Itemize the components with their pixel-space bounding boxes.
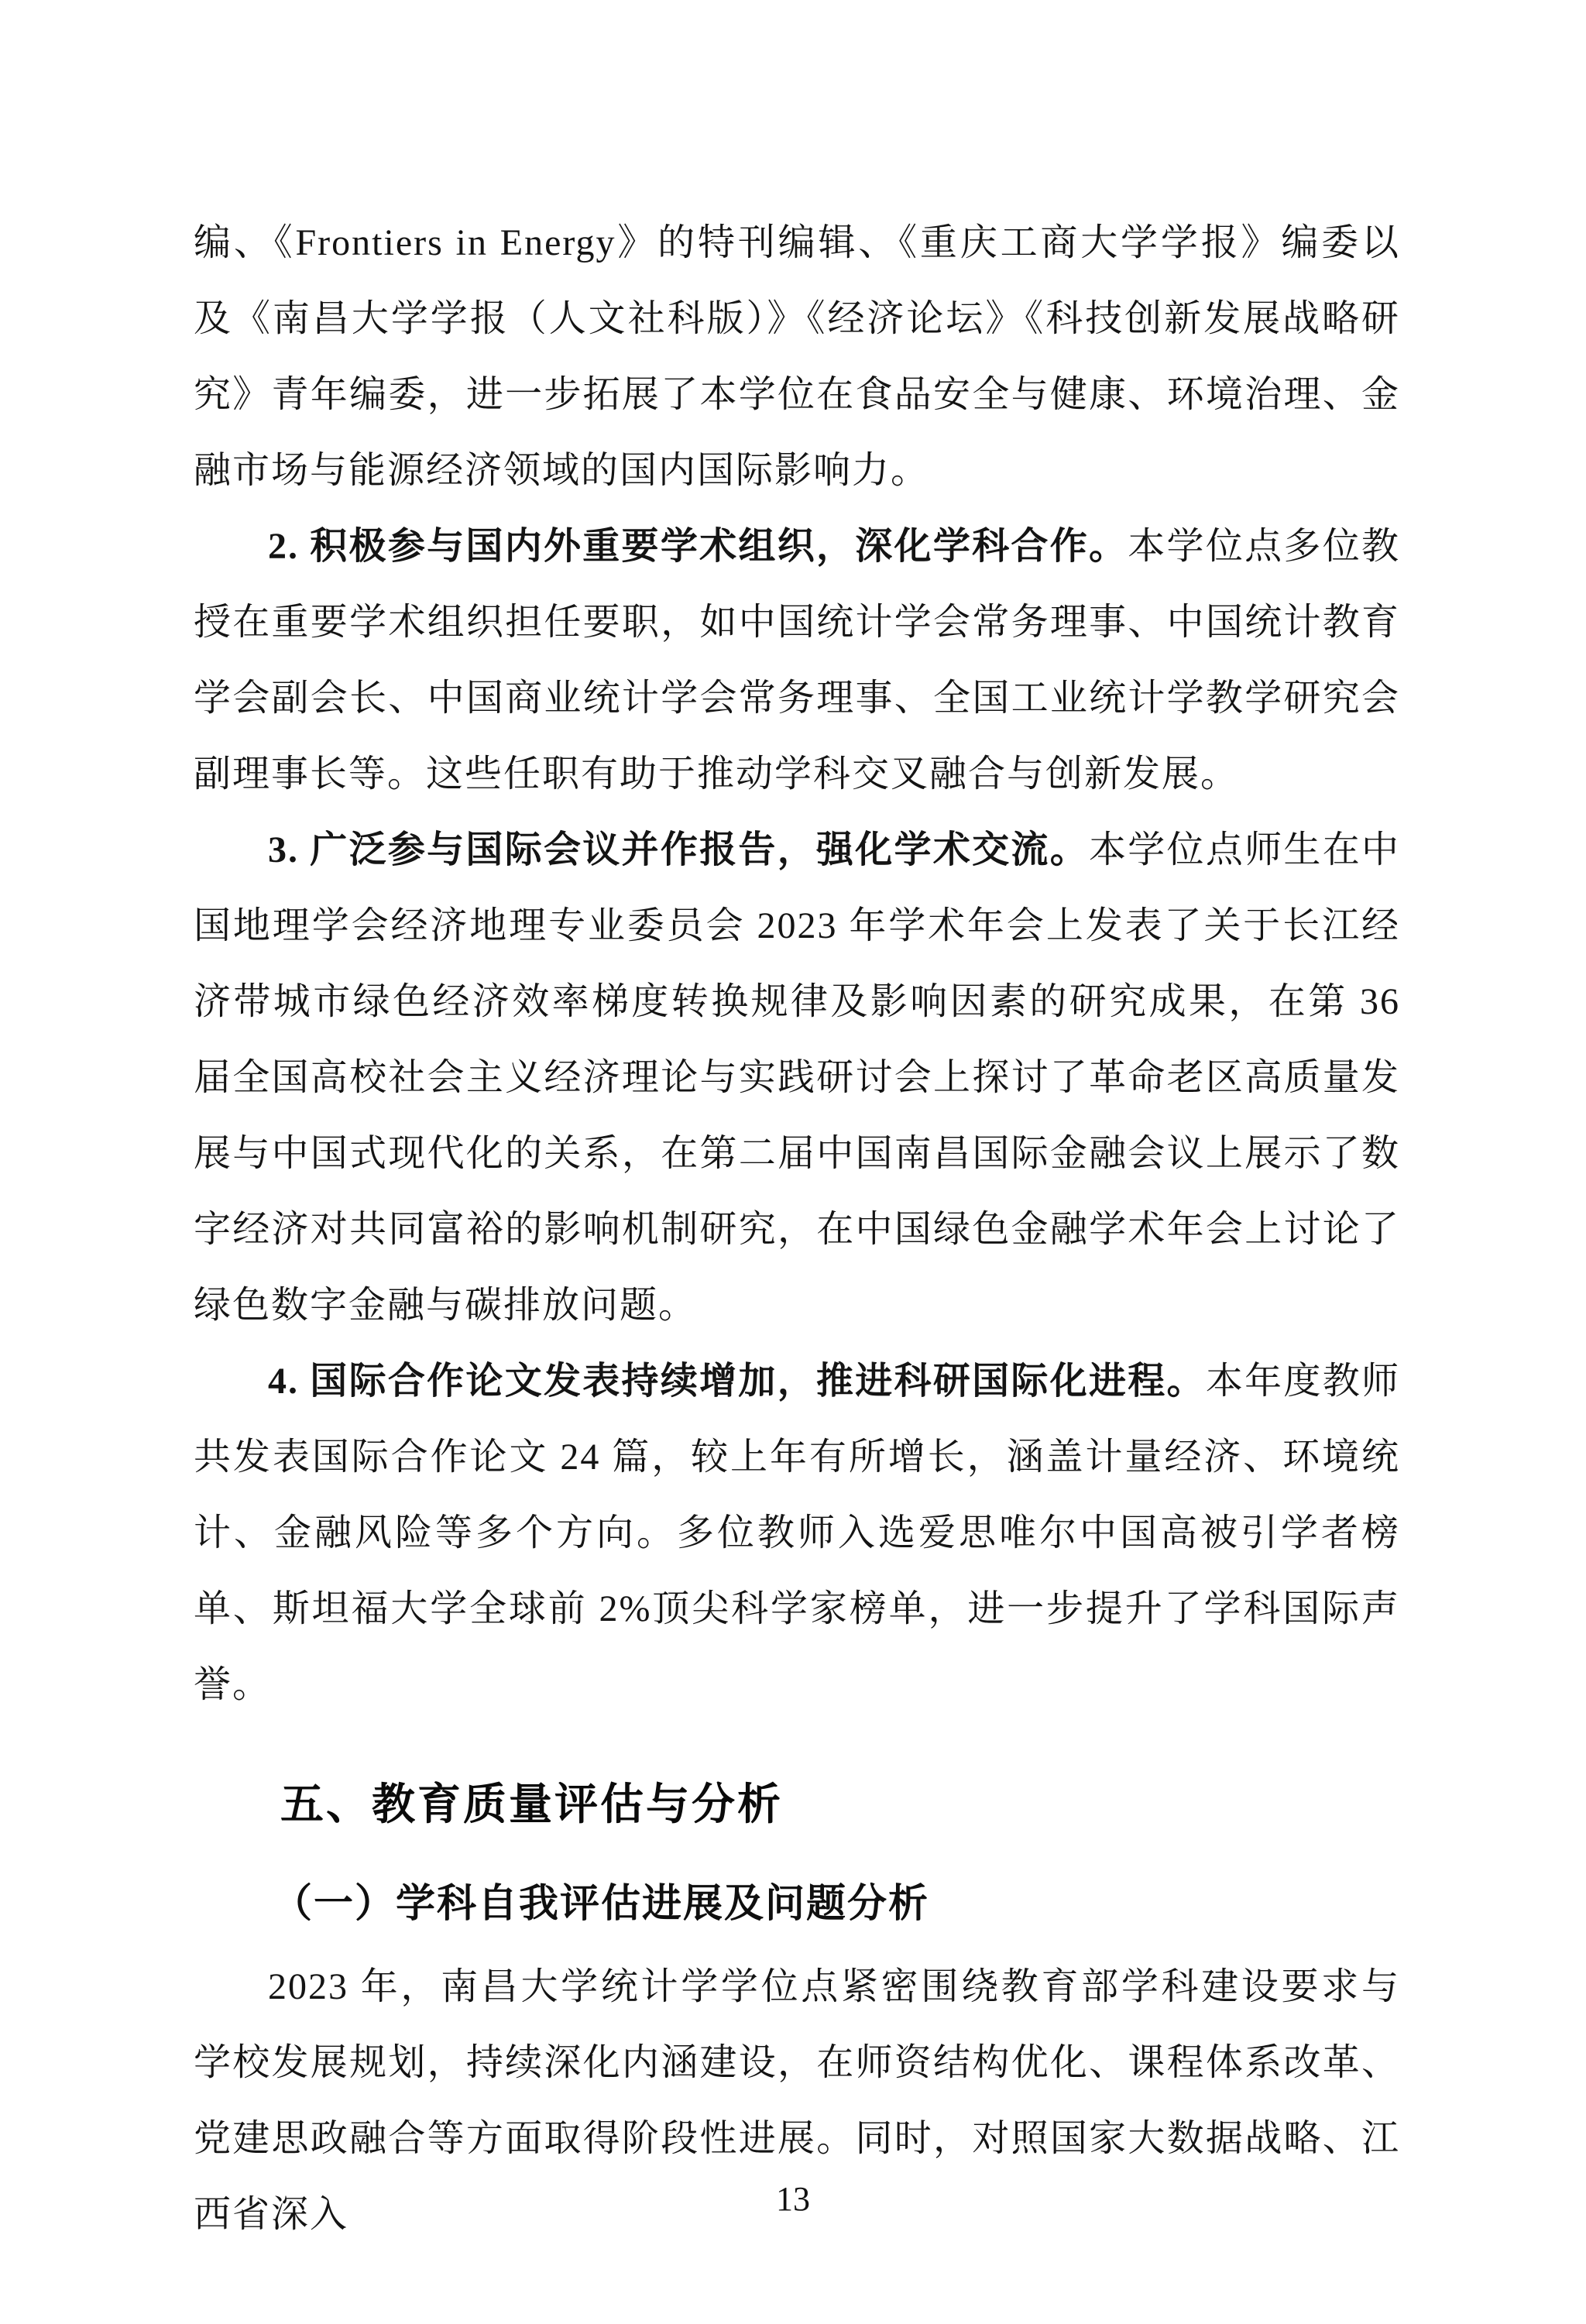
paragraph-item-3: 3. 广泛参与国际会议并作报告，强化学术交流。本学位点师生在中国地理学会经济地理…	[194, 812, 1400, 1344]
document-page: 编、《Frontiers in Energy》的特刊编辑、《重庆工商大学学报》编…	[0, 0, 1586, 2324]
body-text-block: 编、《Frontiers in Energy》的特刊编辑、《重庆工商大学学报》编…	[194, 205, 1400, 1723]
page-content: 编、《Frontiers in Energy》的特刊编辑、《重庆工商大学学报》编…	[194, 205, 1400, 2253]
paragraph-item-2: 2. 积极参与国内外重要学术组织，深化学科合作。本学位点多位教授在重要学术组织担…	[194, 509, 1400, 812]
paragraph-text: 本年度教师共发表国际合作论文 24 篇，较上年有所增长，涵盖计量经济、环境统计、…	[194, 1361, 1400, 1705]
section-heading: 五、教育质量评估与分析	[194, 1758, 1400, 1851]
paragraph-bold-lead: 4. 国际合作论文发表持续增加，推进科研国际化进程。	[268, 1361, 1206, 1402]
subsection-heading: （一）学科自我评估进展及问题分析	[194, 1860, 1400, 1949]
paragraph-text: 本学位点师生在中国地理学会经济地理专业委员会 2023 年学术年会上发表了关于长…	[194, 829, 1400, 1326]
paragraph-bold-lead: 3. 广泛参与国际会议并作报告，强化学术交流。	[268, 829, 1089, 870]
paragraph-continuation: 编、《Frontiers in Energy》的特刊编辑、《重庆工商大学学报》编…	[194, 205, 1400, 509]
paragraph-item-4: 4. 国际合作论文发表持续增加，推进科研国际化进程。本年度教师共发表国际合作论文…	[194, 1344, 1400, 1723]
paragraph-text: 编、《Frontiers in Energy》的特刊编辑、《重庆工商大学学报》编…	[194, 222, 1400, 491]
page-number: 13	[0, 2178, 1586, 2221]
paragraph-bold-lead: 2. 积极参与国内外重要学术组织，深化学科合作。	[268, 526, 1128, 567]
